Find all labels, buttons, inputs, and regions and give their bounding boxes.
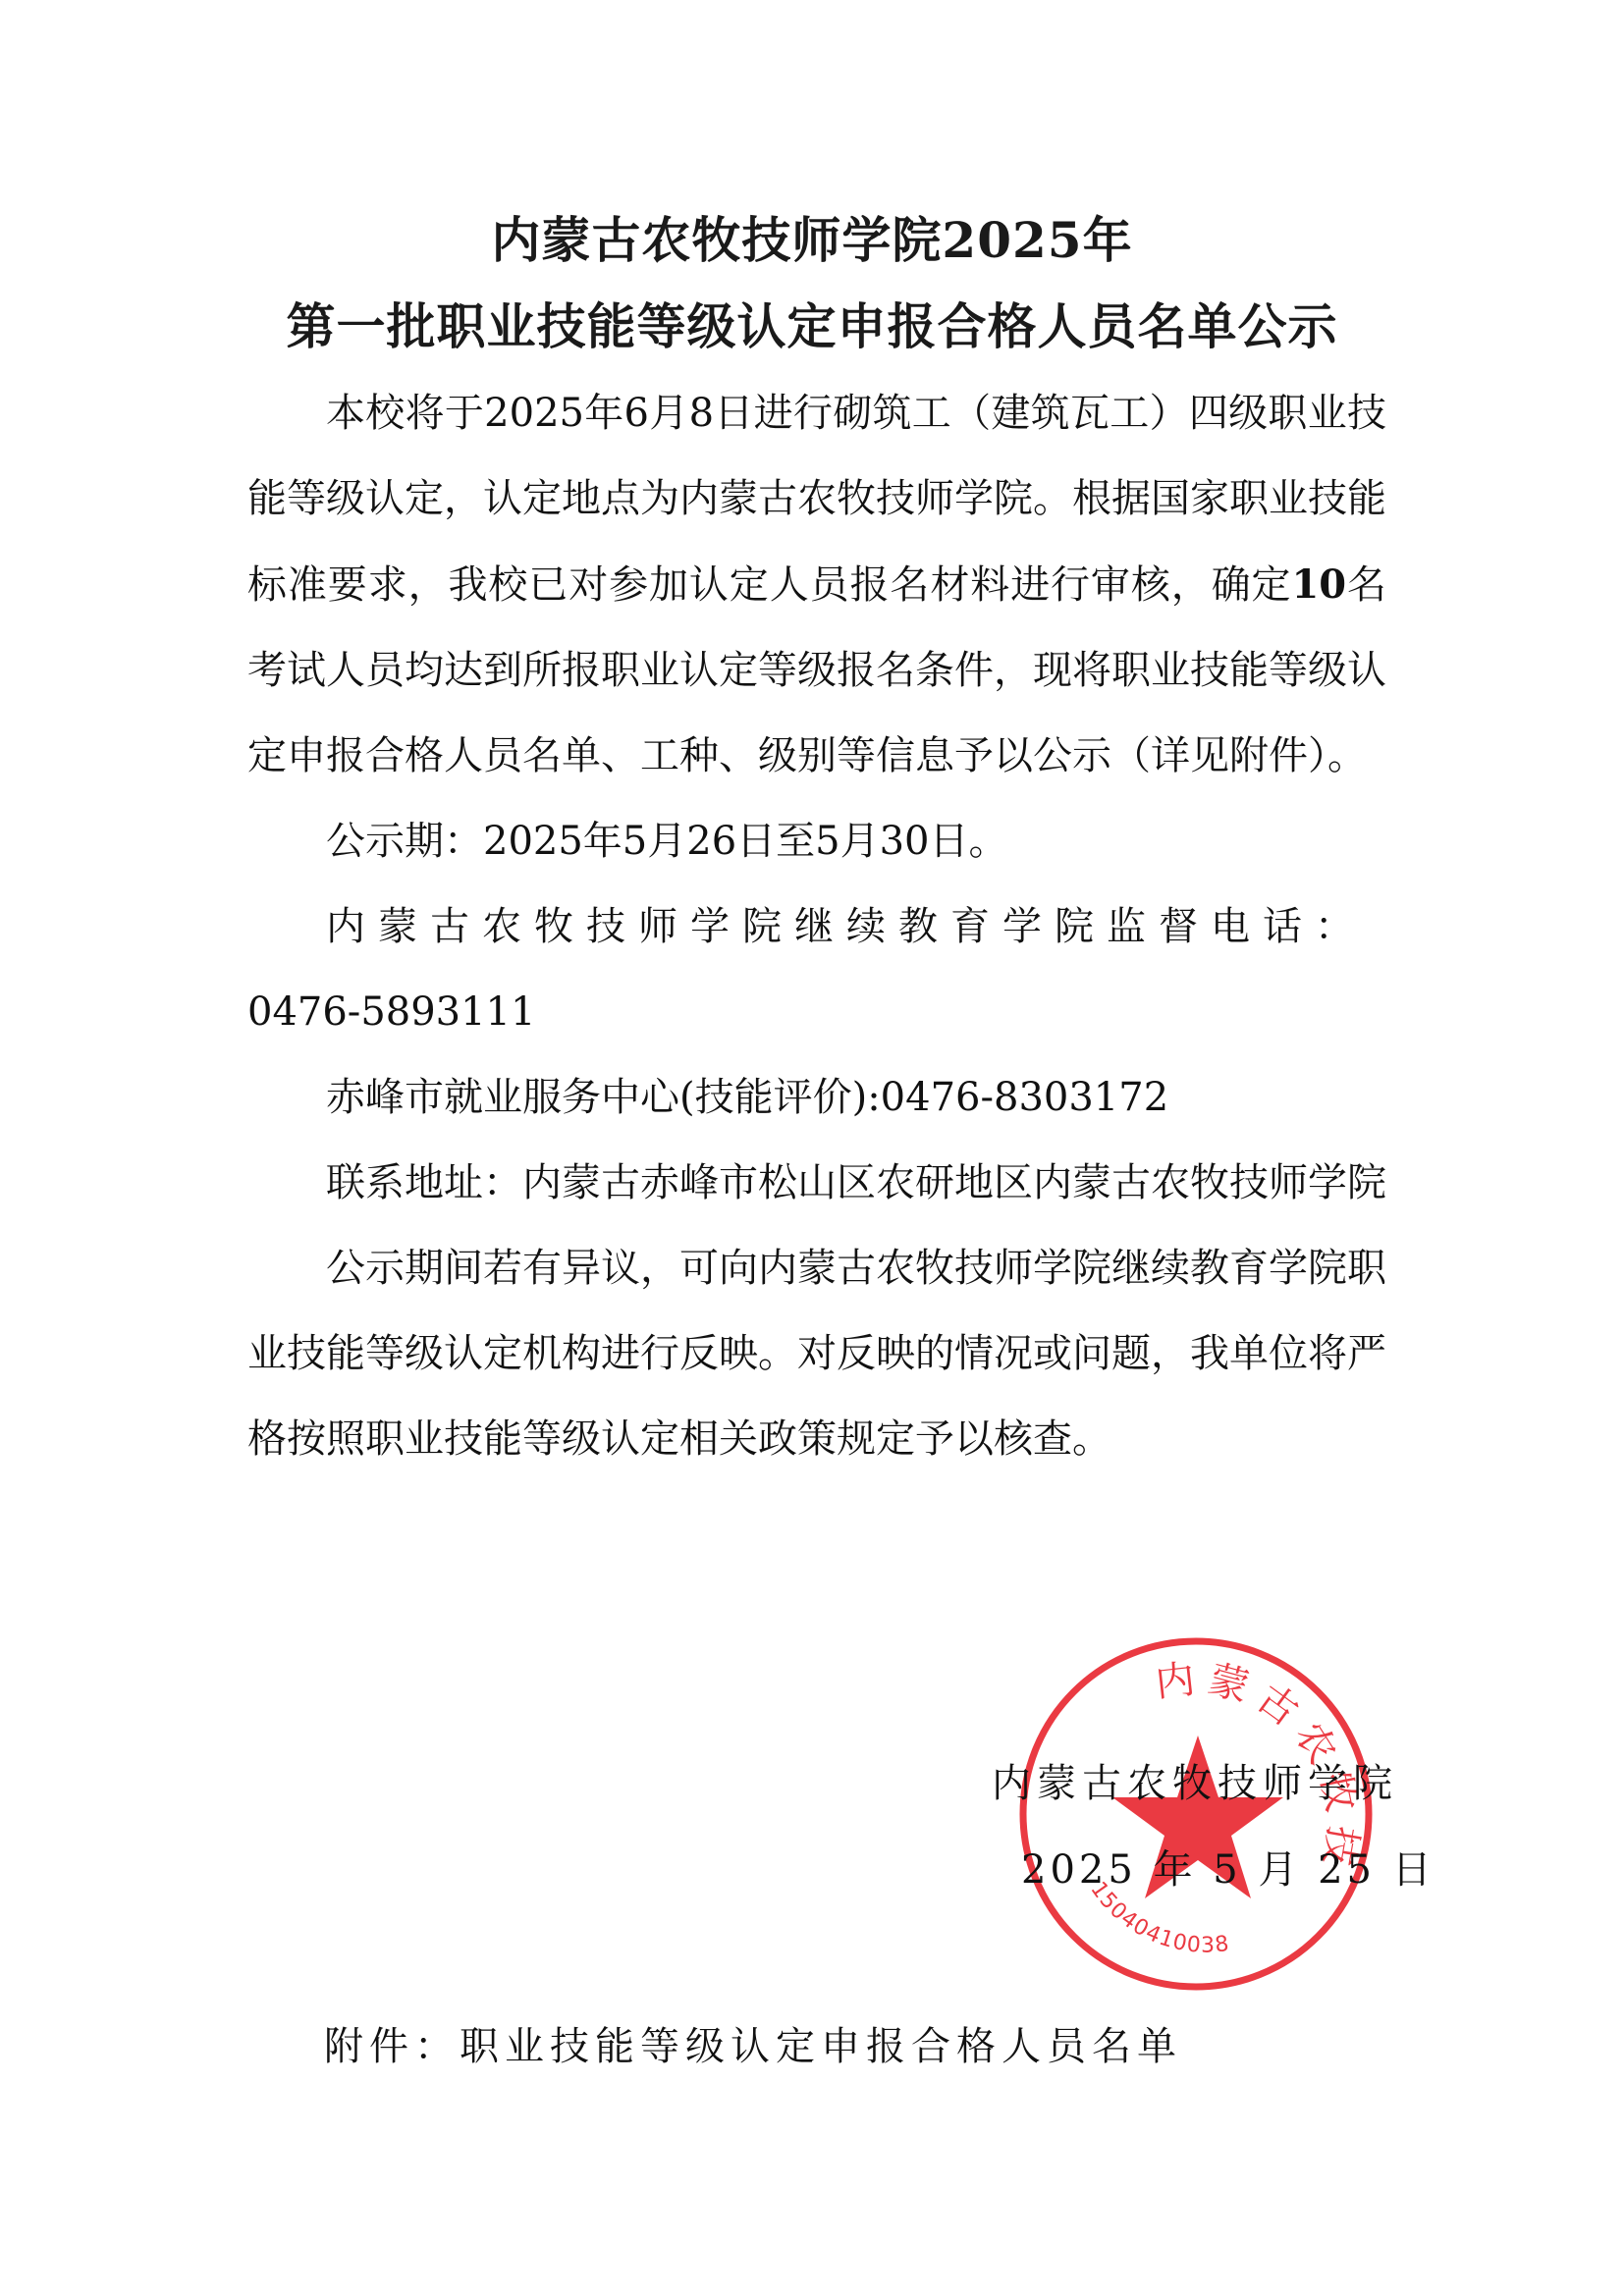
- attachment-note: 附件：职业技能等级认定申报合格人员名单: [324, 2015, 1182, 2071]
- supervision-phone-label: 内蒙古农牧技师学院继续教育学院监督电话：: [247, 884, 1386, 970]
- document-page: 内蒙古农牧技师学院2025年 第一批职业技能等级认定申报合格人员名单公示 本校将…: [0, 0, 1624, 2296]
- supervision-phone: 0476-5893111: [247, 970, 1386, 1055]
- intro-paragraph: 本校将于2025年6月8日进行砌筑工（建筑瓦工）四级职业技能等级认定，认定地点为…: [247, 371, 1386, 799]
- candidate-count: 10: [1291, 561, 1346, 608]
- signature-organization: 内蒙古农牧技师学院: [992, 1752, 1398, 1808]
- official-seal: 内蒙古农牧技师学院 15040410038477: [1017, 1635, 1375, 1993]
- title-line-1: 内蒙古农牧技师学院2025年: [0, 201, 1624, 272]
- notice-period: 公示期：2025年5月26日至5月30日。: [247, 799, 1386, 884]
- objection-paragraph: 公示期间若有异议，可向内蒙古农牧技师学院继续教育学院职业技能等级认定机构进行反映…: [247, 1226, 1386, 1482]
- employment-center-phone: 赤峰市就业服务中心(技能评价):0476-8303172: [247, 1055, 1386, 1141]
- document-body: 本校将于2025年6月8日进行砌筑工（建筑瓦工）四级职业技能等级认定，认定地点为…: [247, 371, 1386, 1482]
- contact-address: 联系地址：内蒙古赤峰市松山区农研地区内蒙古农牧技师学院: [247, 1141, 1386, 1226]
- title-line-2: 第一批职业技能等级认定申报合格人员名单公示: [0, 288, 1624, 358]
- signature-date: 2025 年 5 月 25 日: [1021, 1839, 1435, 1895]
- intro-text-a: 本校将于2025年6月8日进行砌筑工（建筑瓦工）四级职业技能等级认定，认定地点为…: [247, 391, 1386, 608]
